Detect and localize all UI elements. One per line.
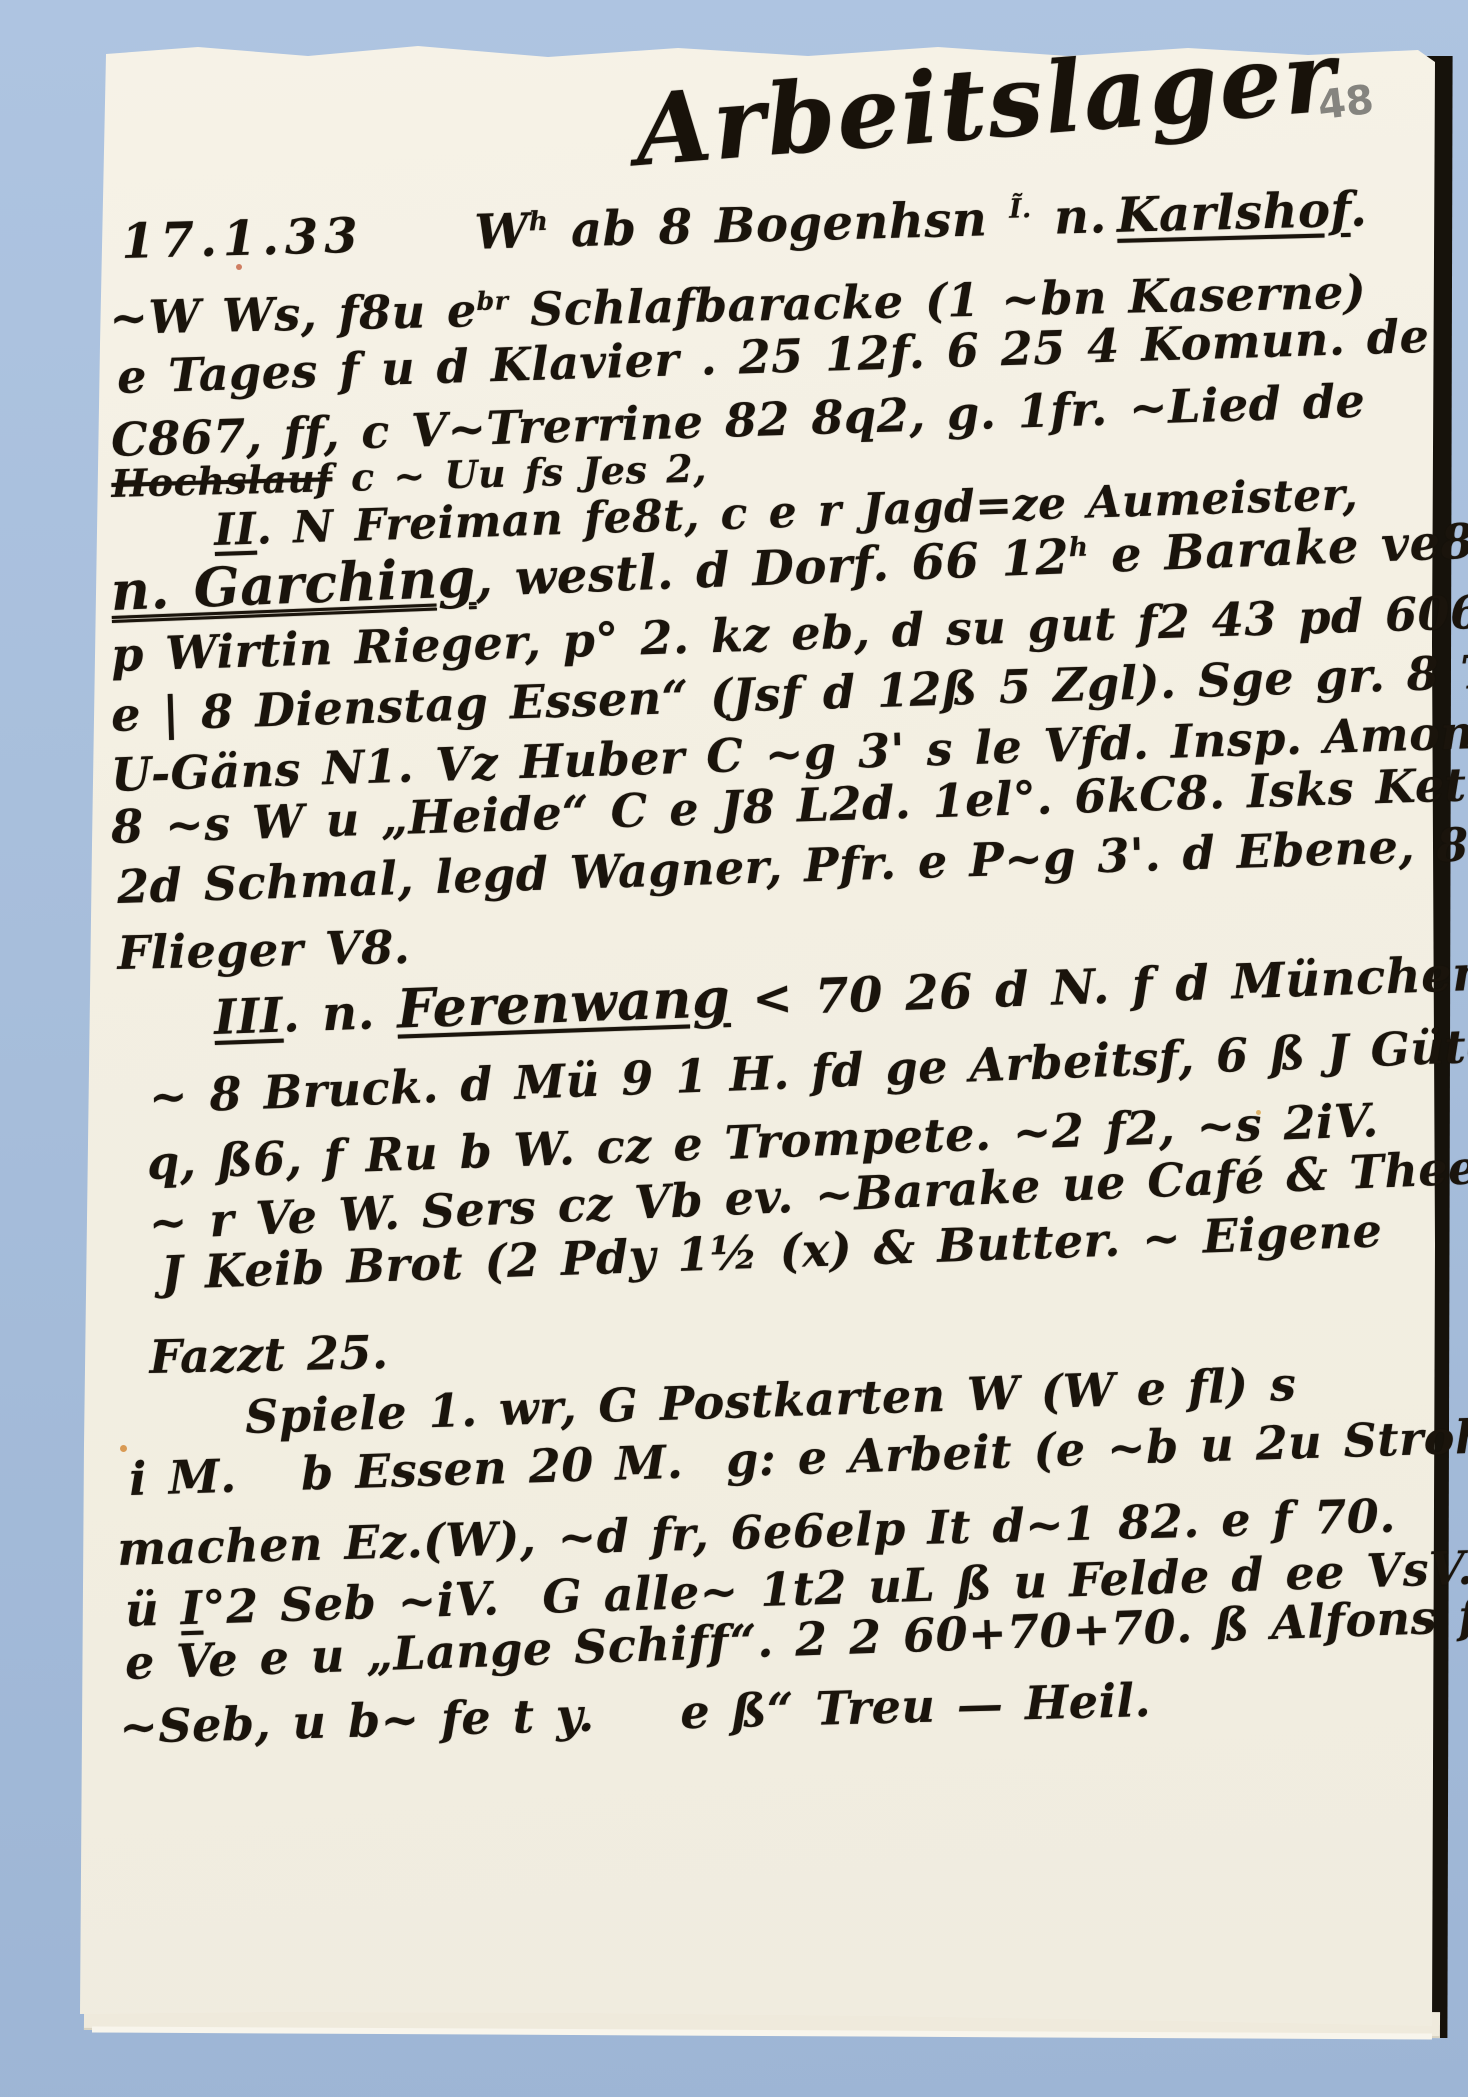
- handwriting-segment: . n.: [282, 984, 398, 1044]
- superscript-mark: Ĩ.: [1009, 193, 1032, 225]
- handwriting-segment: I: [180, 1581, 204, 1636]
- handwriting-segment: Hochslauf: [111, 455, 333, 506]
- handwriting-segment: < 70 26 d N. f d München: [729, 946, 1468, 1028]
- page-title: Arbeitslager: [631, 19, 1341, 189]
- handwriting-segment: Fazzt 25.: [149, 1325, 389, 1384]
- handwriting-line: Flieger V8.: [117, 922, 411, 980]
- handwriting-segment: ~W Ws, f8u e: [109, 283, 477, 345]
- handwriting-segment: Karlshof: [1116, 182, 1351, 244]
- handwriting-segment: Ferenwang: [396, 966, 731, 1041]
- handwriting-layer: Arbeitslager 48 17.1.33 Wh ab 8 Bogenhsn…: [0, 0, 1468, 2097]
- page-number-pencil: 48: [1315, 77, 1376, 129]
- handwriting-segment: III: [213, 988, 284, 1046]
- handwriting-segment: II: [213, 504, 257, 556]
- handwriting-segment: 17.1.33: [121, 208, 365, 270]
- handwriting-segment: n. Garching: [110, 546, 477, 623]
- handwriting-line: Fazzt 25.: [149, 1327, 389, 1384]
- handwriting-segment: ~Seb, u b~ fe t y. e ß“ Treu — Heil.: [119, 1673, 1152, 1754]
- handwriting-segment: [363, 205, 475, 264]
- superscript-mark: br: [476, 285, 509, 316]
- handwriting-line: ~Seb, u b~ fe t y. e ß“ Treu — Heil.: [119, 1675, 1152, 1754]
- handwriting-segment: Flieger V8.: [117, 920, 411, 980]
- handwriting-segment: e Barake ve8h,: [1088, 512, 1468, 585]
- superscript-mark: h: [1068, 531, 1089, 563]
- handwriting-line: 17.1.33 Wh ab 8 Bogenhsn Ĩ. n. Karlshof.: [121, 183, 1368, 269]
- handwriting-segment: ü: [124, 1581, 181, 1637]
- handwriting-segment: n.: [1031, 188, 1117, 246]
- handwriting-segment: ab 8 Bogenhsn: [548, 191, 1010, 259]
- handwriting-segment: .: [1349, 181, 1368, 237]
- superscript-mark: h: [528, 206, 548, 238]
- handwriting-segment: W: [474, 203, 530, 260]
- scanned-photo-background: Arbeitslager 48 17.1.33 Wh ab 8 Bogenhsn…: [0, 0, 1468, 2097]
